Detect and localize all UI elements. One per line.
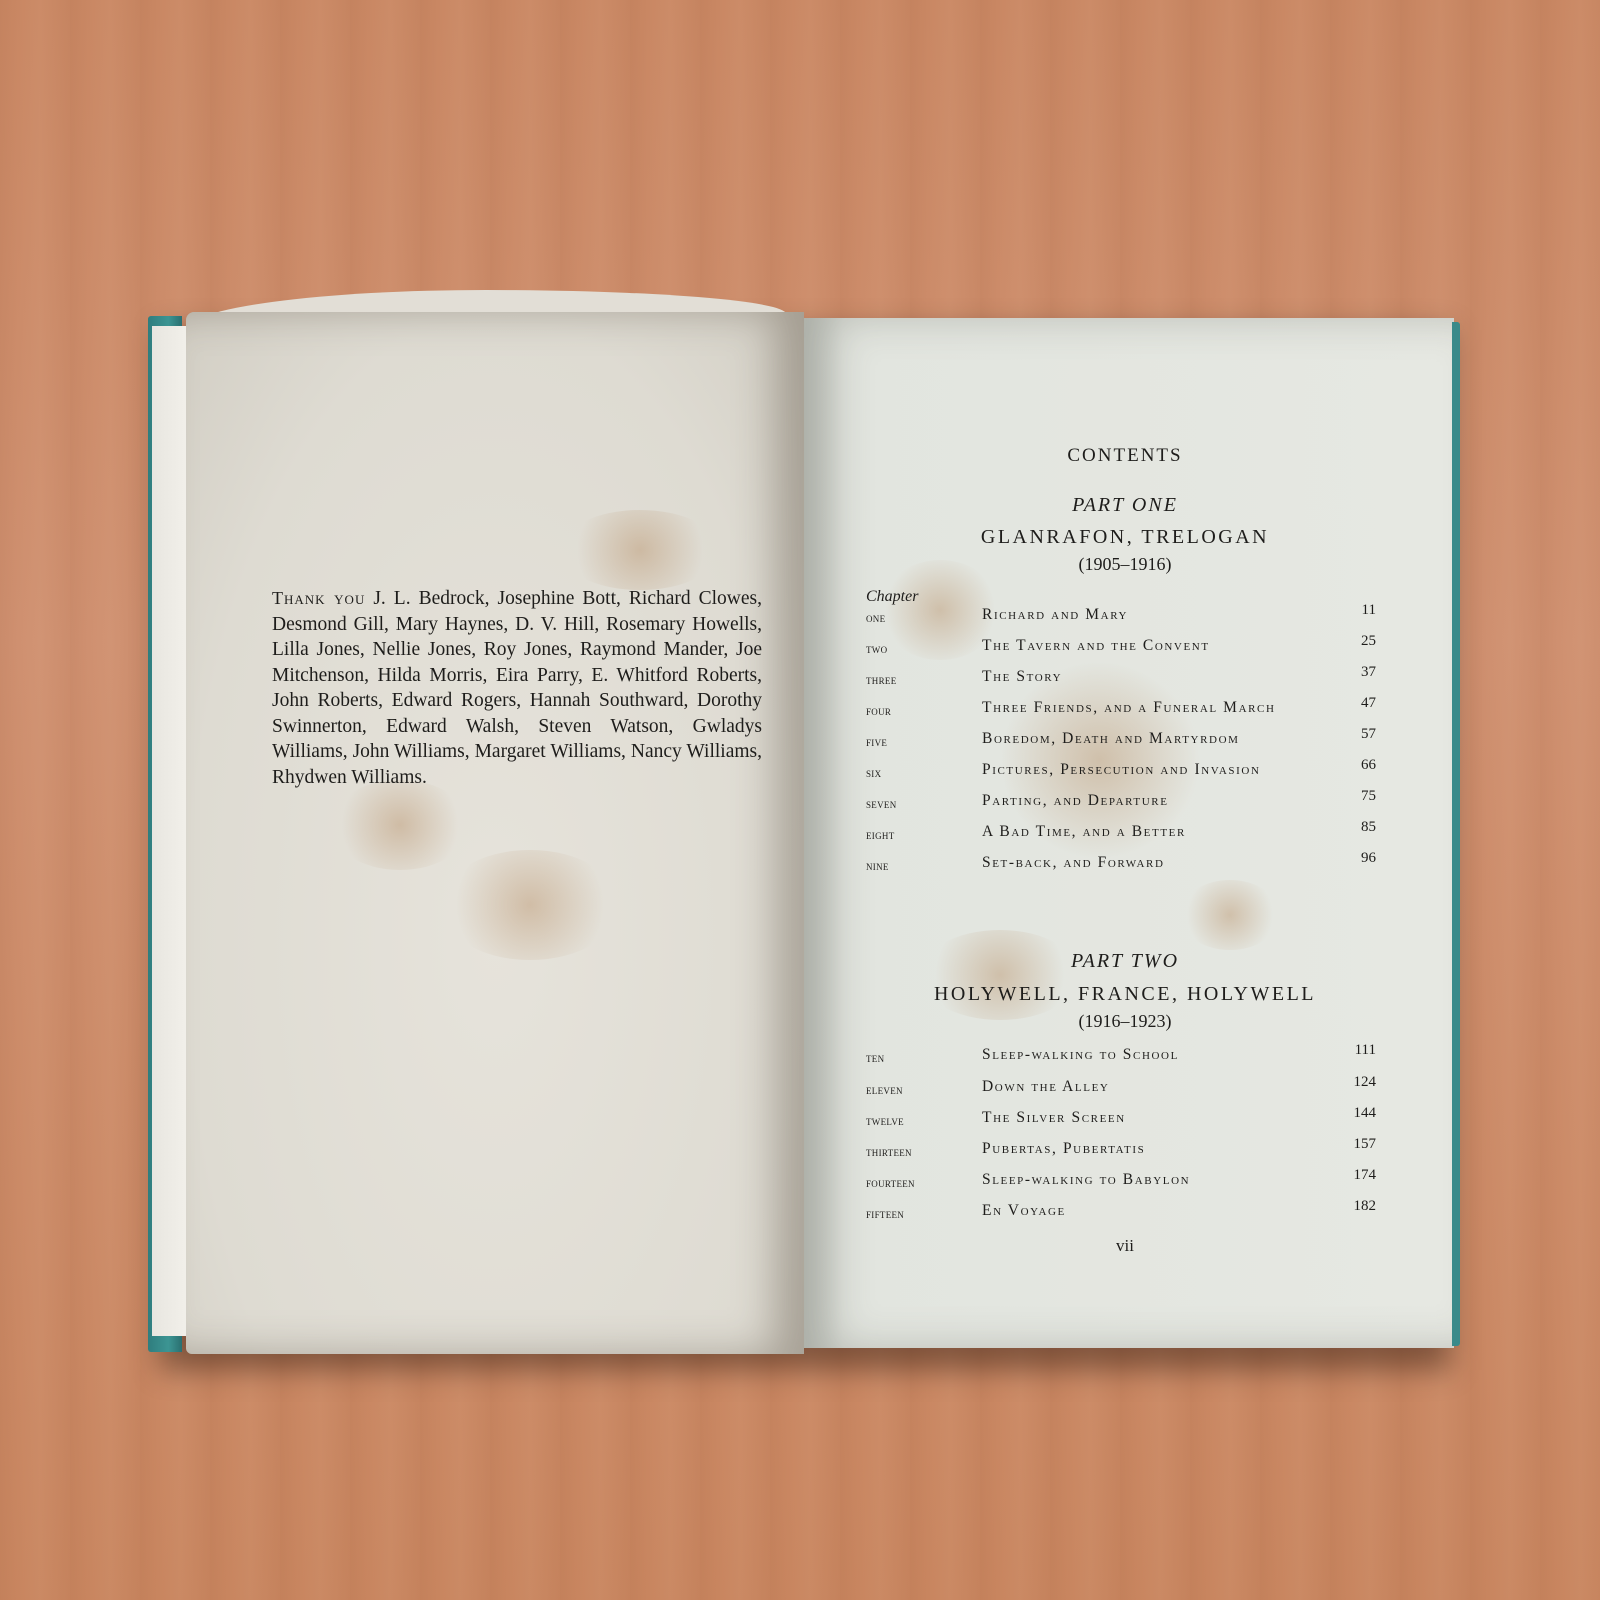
chapter-title: Boredom, Death and Martyrdom xyxy=(982,730,1240,748)
chapter-title: Sleep-walking to Babylon xyxy=(982,1171,1190,1189)
chapter-title: Down the Alley xyxy=(982,1078,1109,1096)
chapter-title: The Silver Screen xyxy=(982,1109,1126,1127)
chapter-number: EIGHT xyxy=(866,827,895,843)
acknowledgement-names: J. L. Bedrock, Josephine Bott, Richard C… xyxy=(272,588,762,788)
chapter-page: 47 xyxy=(1361,695,1376,712)
acknowledgement-lead: Thank you xyxy=(272,588,365,608)
chapter-title: Pubertas, Pubertatis xyxy=(982,1140,1145,1158)
foxing-stain xyxy=(920,930,1080,1020)
toc-entry[interactable]: FIFTEEN En Voyage 182 xyxy=(866,1202,1376,1226)
chapter-page: 11 xyxy=(1362,602,1376,619)
chapter-page: 144 xyxy=(1354,1105,1377,1122)
toc-entry[interactable]: THREE The Story 37 xyxy=(866,668,1376,692)
chapter-page: 25 xyxy=(1361,633,1376,650)
chapter-number: SIX xyxy=(866,765,881,781)
chapter-number: TEN xyxy=(866,1050,884,1066)
part-one-years: (1905–1916) xyxy=(820,554,1430,575)
chapter-page: 57 xyxy=(1361,726,1376,743)
chapter-page: 66 xyxy=(1361,757,1376,774)
page-number: vii xyxy=(1100,1236,1150,1256)
chapter-page: 85 xyxy=(1361,819,1376,836)
chapter-page: 75 xyxy=(1361,788,1376,805)
foxing-stain xyxy=(330,780,470,870)
chapter-number: SEVEN xyxy=(866,796,897,812)
acknowledgements-paragraph: Thank you J. L. Bedrock, Josephine Bott,… xyxy=(272,586,762,790)
left-page[interactable] xyxy=(186,312,804,1354)
toc-entry[interactable]: TWELVE The Silver Screen 144 xyxy=(866,1109,1376,1133)
chapter-title: En Voyage xyxy=(982,1202,1066,1220)
toc-entry[interactable]: TEN Sleep-walking to School 111 xyxy=(866,1046,1376,1070)
toc-entry[interactable]: SIX Pictures, Persecution and Invasion 6… xyxy=(866,761,1376,785)
foxing-stain xyxy=(1180,880,1280,950)
toc-entry[interactable]: FOUR Three Friends, and a Funeral March … xyxy=(866,699,1376,723)
chapter-title: The Story xyxy=(982,668,1062,686)
chapter-title: Richard and Mary xyxy=(982,606,1128,624)
chapter-number: FIFTEEN xyxy=(866,1206,904,1222)
toc-entry[interactable]: EIGHT A Bad Time, and a Better 85 xyxy=(866,823,1376,847)
chapter-number: TWO xyxy=(866,641,887,657)
toc-entry[interactable]: ELEVEN Down the Alley 124 xyxy=(866,1078,1376,1102)
chapter-page: 111 xyxy=(1355,1042,1376,1059)
toc-entry[interactable]: FIVE Boredom, Death and Martyrdom 57 xyxy=(866,730,1376,754)
part-one-place: GLANRAFON, TRELOGAN xyxy=(820,526,1430,549)
chapter-title: Parting, and Departure xyxy=(982,792,1169,810)
chapter-number: ONE xyxy=(866,610,885,626)
chapter-page: 37 xyxy=(1361,664,1376,681)
chapter-title: Three Friends, and a Funeral March xyxy=(982,699,1276,717)
chapter-title: The Tavern and the Convent xyxy=(982,637,1210,655)
chapter-number: THREE xyxy=(866,672,897,688)
chapter-page: 174 xyxy=(1354,1167,1377,1184)
toc-entry[interactable]: NINE Set-back, and Forward 96 xyxy=(866,854,1376,878)
chapter-page: 124 xyxy=(1354,1074,1377,1091)
toc-entry[interactable]: SEVEN Parting, and Departure 75 xyxy=(866,792,1376,816)
chapter-number: ELEVEN xyxy=(866,1082,903,1098)
part-two-years: (1916–1923) xyxy=(820,1011,1430,1032)
chapter-column-label: Chapter xyxy=(866,588,918,606)
chapter-title: Sleep-walking to School xyxy=(982,1046,1179,1064)
contents-title: CONTENTS xyxy=(820,445,1430,467)
part-two-place: HOLYWELL, FRANCE, HOLYWELL xyxy=(820,983,1430,1006)
chapter-title: A Bad Time, and a Better xyxy=(982,823,1186,841)
dust-jacket-flap xyxy=(152,326,188,1336)
chapter-page: 182 xyxy=(1354,1198,1377,1215)
chapter-number: FOURTEEN xyxy=(866,1175,915,1191)
toc-entry[interactable]: THIRTEEN Pubertas, Pubertatis 157 xyxy=(866,1140,1376,1164)
chapter-number: NINE xyxy=(866,858,889,874)
chapter-page: 157 xyxy=(1354,1136,1377,1153)
part-one-label: PART ONE xyxy=(820,494,1430,517)
toc-entry[interactable]: TWO The Tavern and the Convent 25 xyxy=(866,637,1376,661)
chapter-number: TWELVE xyxy=(866,1113,904,1129)
chapter-number: FIVE xyxy=(866,734,887,750)
chapter-page: 96 xyxy=(1361,850,1376,867)
chapter-number: FOUR xyxy=(866,703,891,719)
part-two-label: PART TWO xyxy=(820,950,1430,973)
foxing-stain xyxy=(440,850,620,960)
toc-entry[interactable]: ONE Richard and Mary 11 xyxy=(866,606,1376,630)
chapter-number: THIRTEEN xyxy=(866,1144,912,1160)
back-cover-edge xyxy=(1452,322,1460,1346)
toc-entry[interactable]: FOURTEEN Sleep-walking to Babylon 174 xyxy=(866,1171,1376,1195)
chapter-title: Pictures, Persecution and Invasion xyxy=(982,761,1261,779)
foxing-stain xyxy=(560,510,720,590)
chapter-title: Set-back, and Forward xyxy=(982,854,1165,872)
